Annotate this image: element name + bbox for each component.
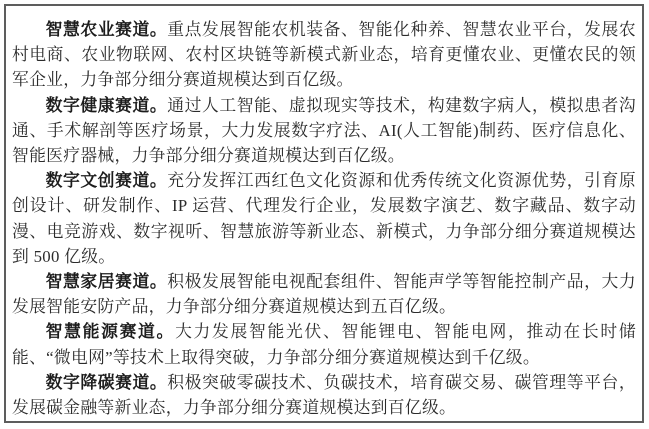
paragraph-heading: 智慧能源赛道。 [46,322,175,341]
document-page: 智慧农业赛道。重点发展智能农机装备、智能化种养、智慧农业平台，发展农村电商、农业… [0,0,649,429]
paragraph-heading: 数字文创赛道。 [46,171,168,190]
paragraph-smart-energy: 智慧能源赛道。大力发展智能光伏、智能锂电、智能电网，推动在长时储能、“微电网”等… [12,319,636,369]
paragraph-heading: 智慧家居赛道。 [46,272,168,291]
paragraph-digital-decarbonization: 数字降碳赛道。积极突破零碳技术、负碳技术，培育碳交易、碳管理等平台，发展碳金融等… [12,370,636,420]
document-border-frame: 智慧农业赛道。重点发展智能农机装备、智能化种养、智慧农业平台，发展农村电商、农业… [4,4,644,423]
paragraph-digital-health: 数字健康赛道。通过人工智能、虚拟现实等技术，构建数字病人，模拟患者沟通、手术解剖… [12,93,636,169]
paragraph-heading: 数字降碳赛道。 [46,373,168,392]
paragraph-digital-culture: 数字文创赛道。充分发挥江西红色文化资源和优秀传统文化资源优势，引育原创设计、研发… [12,168,636,269]
paragraph-heading: 数字健康赛道。 [46,96,168,115]
paragraph-smart-agriculture: 智慧农业赛道。重点发展智能农机装备、智能化种养、智慧农业平台，发展农村电商、农业… [12,17,636,93]
paragraph-smart-home: 智慧家居赛道。积极发展智能电视配套组件、智能声学等智能控制产品，大力发展智能安防… [12,269,636,319]
paragraph-heading: 智慧农业赛道。 [46,20,168,39]
